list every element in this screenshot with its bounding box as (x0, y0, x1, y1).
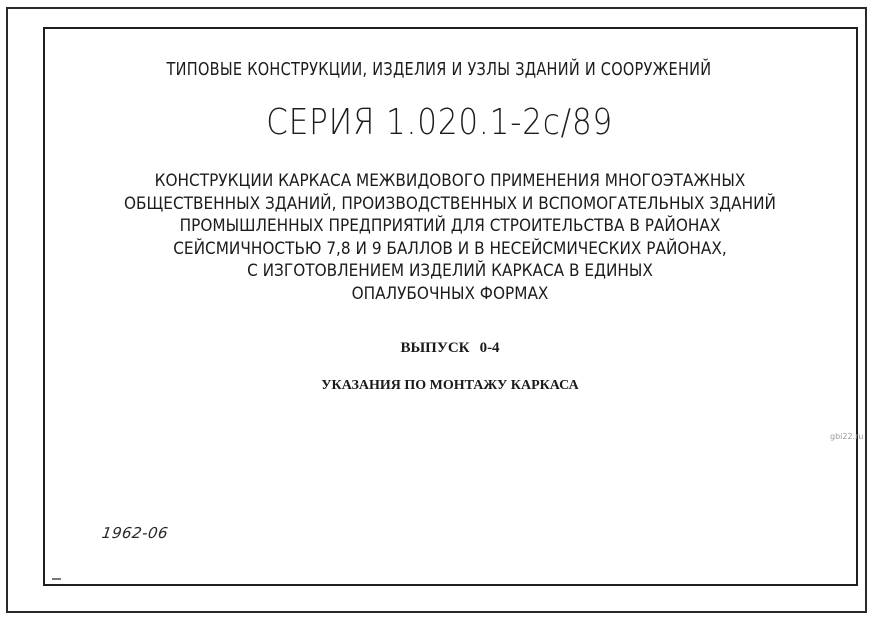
series-code: СЕРИЯ 1.020.1-2с/89 (63, 102, 816, 143)
issue-heading: ВЫПУСК0-4 (0, 340, 876, 357)
handwritten-note: 1962-06 (101, 524, 170, 542)
description-line: ОПАЛУБОЧНЫХ ФОРМАХ (45, 283, 855, 306)
description-line: ОБЩЕСТВЕННЫХ ЗДАНИЙ, ПРОИЗВОДСТВЕННЫХ И … (45, 193, 855, 216)
description-line: КОНСТРУКЦИИ КАРКАСА МЕЖВИДОВОГО ПРИМЕНЕН… (45, 170, 855, 193)
watermark: gbi22.ru (830, 432, 863, 441)
stamp-mark (52, 578, 61, 580)
issue-number: 0-4 (480, 340, 500, 356)
series-header: ТИПОВЫЕ КОНСТРУКЦИИ, ИЗДЕЛИЯ И УЗЛЫ ЗДАН… (36, 60, 842, 80)
description-line: СЕЙСМИЧНОСТЬЮ 7,8 И 9 БАЛЛОВ И В НЕСЕЙСМ… (45, 238, 855, 261)
description-line: С ИЗГОТОВЛЕНИЕМ ИЗДЕЛИЙ КАРКАСА В ЕДИНЫХ (45, 260, 855, 283)
description-block: КОНСТРУКЦИИ КАРКАСА МЕЖВИДОВОГО ПРИМЕНЕН… (45, 170, 855, 305)
issue-title: УКАЗАНИЯ ПО МОНТАЖУ КАРКАСА (0, 378, 876, 394)
description-line: ПРОМЫШЛЕННЫХ ПРЕДПРИЯТИЙ ДЛЯ СТРОИТЕЛЬСТ… (45, 215, 855, 238)
issue-label: ВЫПУСК (400, 340, 469, 356)
